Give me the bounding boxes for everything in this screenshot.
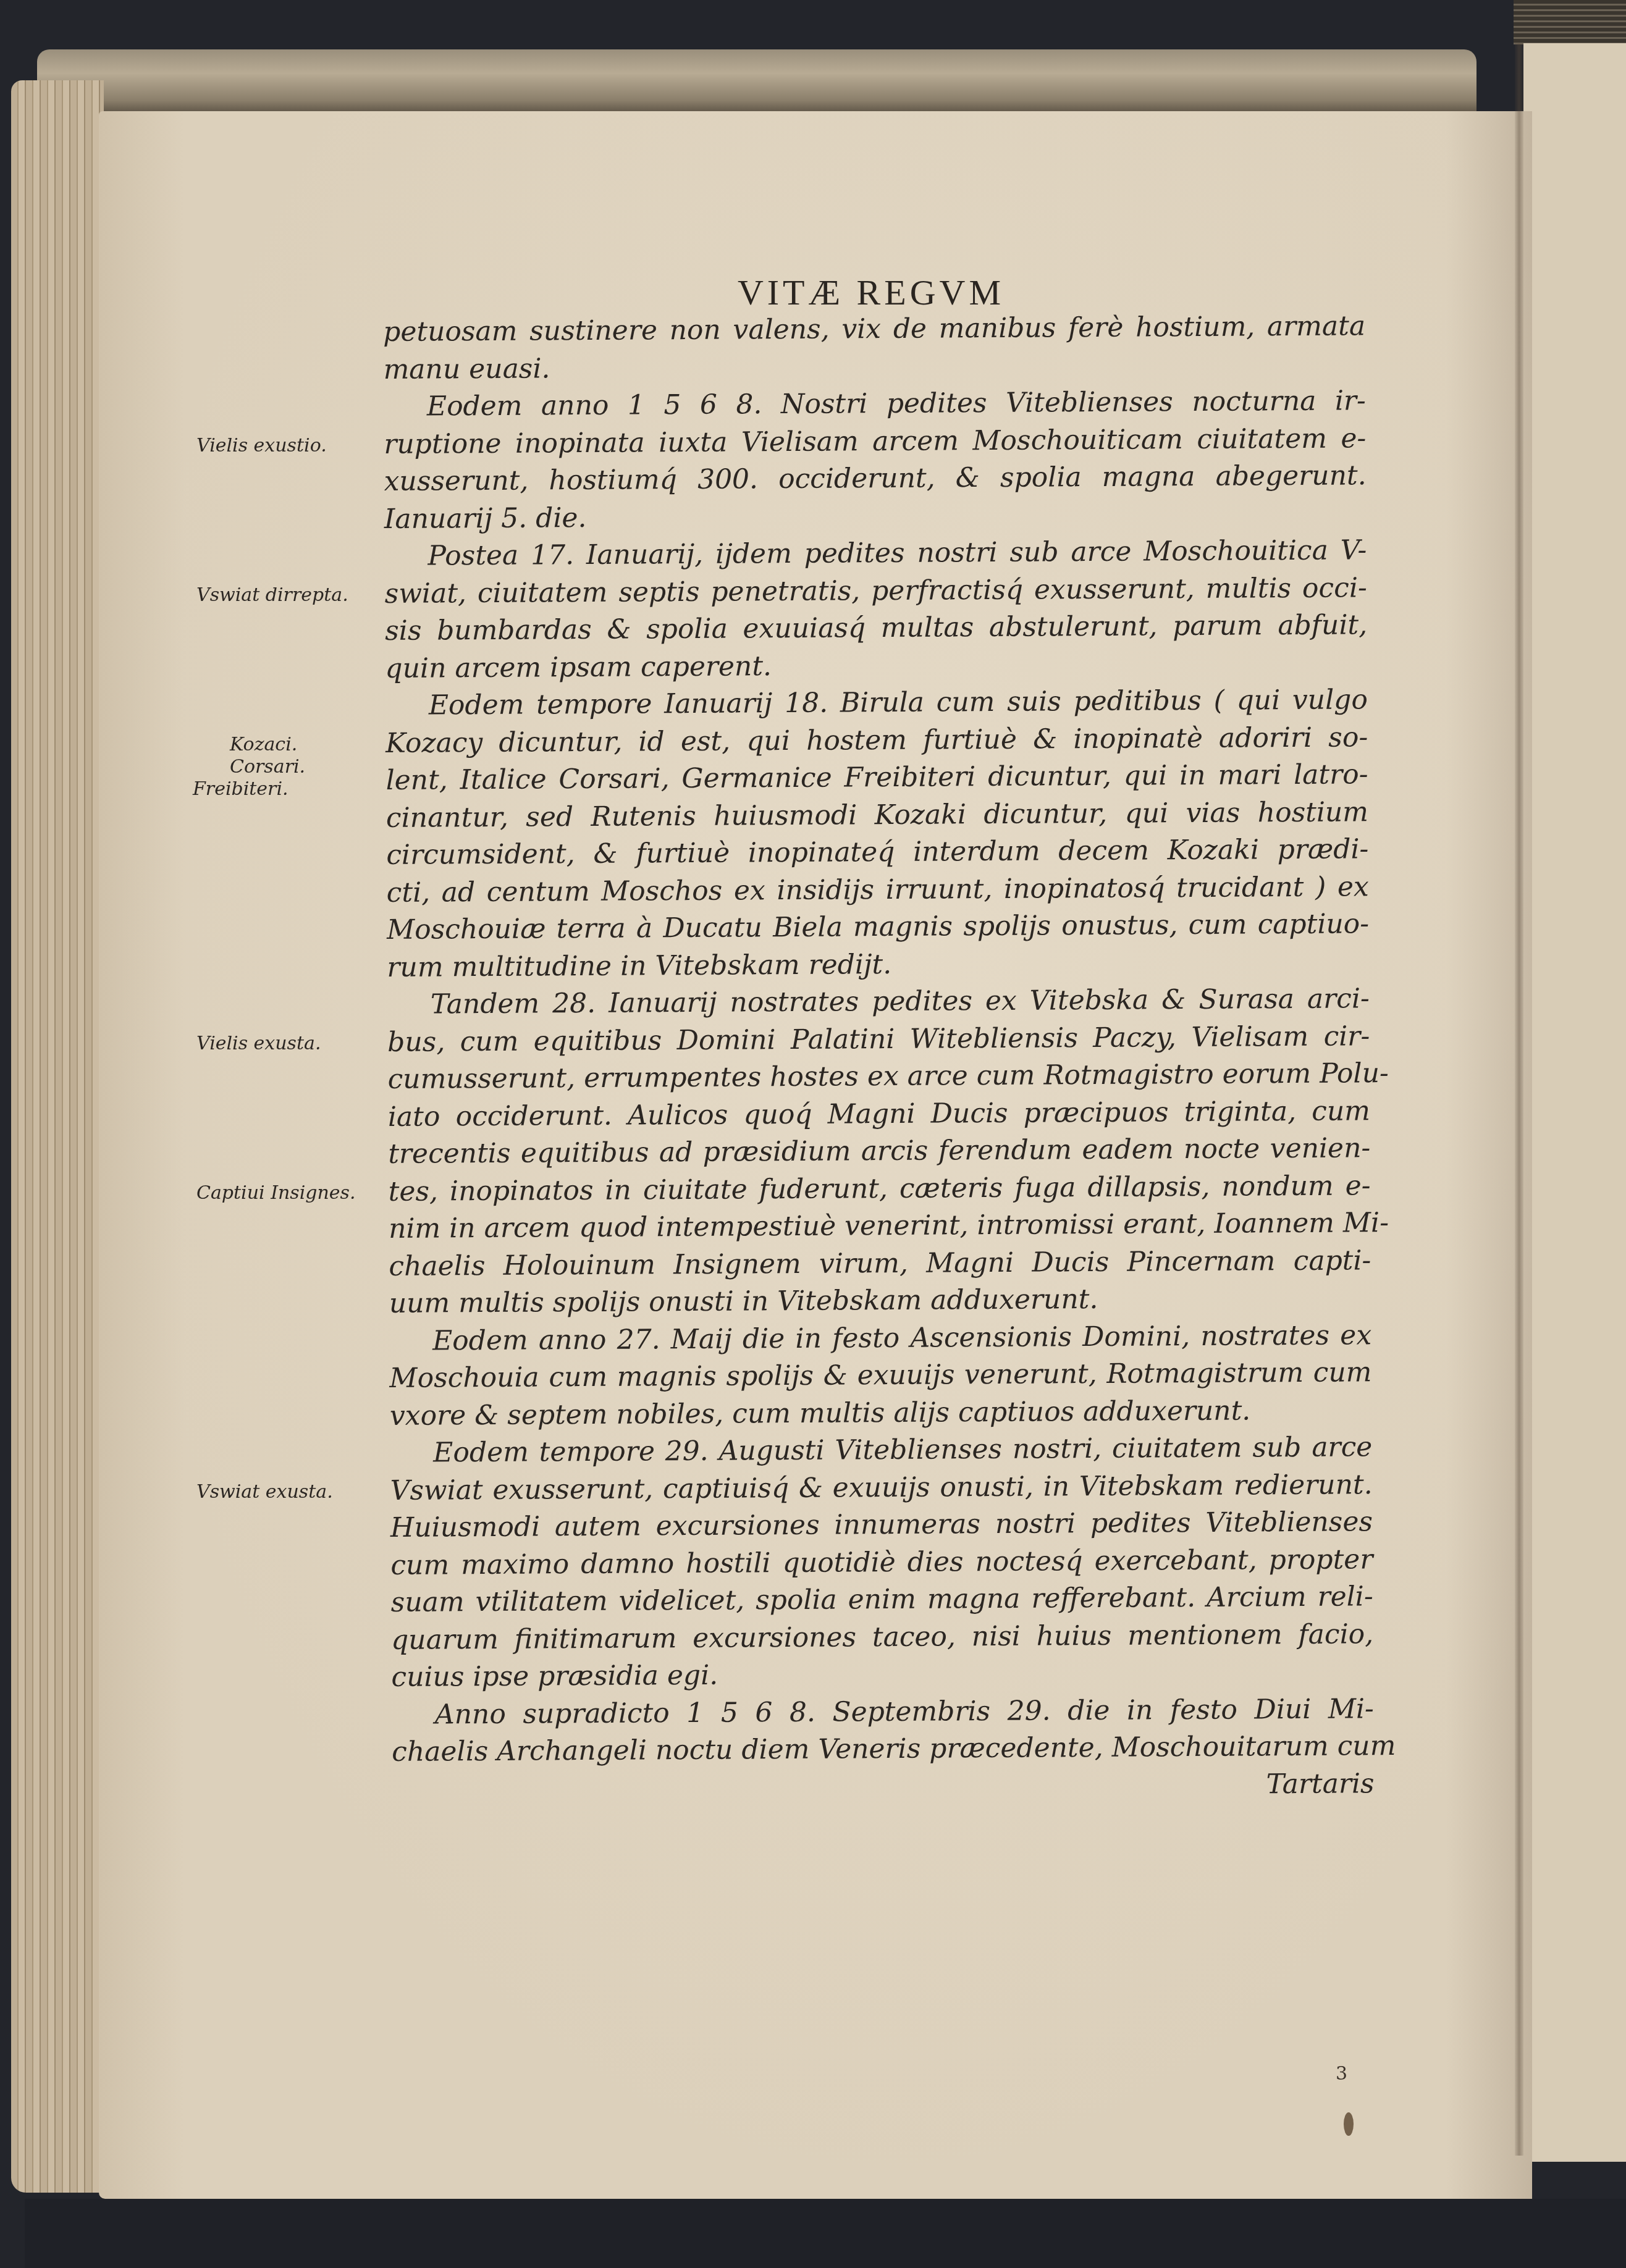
text-line: Anno supradicto 1 5 6 8. Septembris 29. …: [392, 1690, 1374, 1734]
facing-page-sliver: [1523, 43, 1626, 2162]
text-line: chaelis Holouinum Insignem virum, Magni …: [389, 1242, 1371, 1285]
text-line: Eodem tempore 29. Augusti Viteblienses n…: [390, 1429, 1372, 1472]
text-line: manu euasi.: [383, 345, 1365, 388]
marginal-note: Kozaci.: [230, 734, 297, 755]
scan-background-bottom: [25, 2199, 1626, 2268]
paper-stain: [1344, 2112, 1354, 2136]
text-line: Huiusmodi autem excursiones innumeras no…: [390, 1503, 1373, 1547]
text-line: cum maximo damno hostili quotidiè dies n…: [390, 1541, 1373, 1584]
text-line: ruptione inopinata iuxta Vielisam arcem …: [384, 420, 1366, 463]
running-head: VITÆ REGVM: [673, 272, 1069, 313]
text-line: Moschouia cum magnis spolijs & exuuijs v…: [389, 1354, 1371, 1397]
marginal-note: Freibiteri.: [193, 778, 289, 800]
text-line: cumusserunt, errumpentes hostes ex arce …: [387, 1055, 1370, 1098]
text-line: lent, Italice Corsari, Germanice Freibit…: [385, 756, 1368, 799]
text-line: Eodem anno 27. Maij die in festo Ascensi…: [389, 1317, 1371, 1360]
page-gutter: [1515, 43, 1523, 2156]
text-line: Kozacy dicuntur, id est, qui hostem furt…: [385, 719, 1368, 762]
marginal-note: Captiui Insignes.: [196, 1182, 356, 1204]
text-line: quin arcem ipsam caperent.: [385, 644, 1367, 687]
text-line: quarum finitimarum excursiones taceo, ni…: [391, 1616, 1373, 1659]
text-line: iato occiderunt. Aulicos quoq́ Magni Duc…: [388, 1093, 1370, 1136]
book-top-edge: [37, 49, 1476, 117]
signature-mark: 3: [1336, 2063, 1347, 2085]
text-line: xusserunt, hostiumq́ 300. occiderunt, & …: [384, 457, 1366, 500]
text-line: trecentis equitibus ad præsidium arcis f…: [388, 1130, 1370, 1173]
text-line: rum multitudine in Vitebskam redijt.: [387, 943, 1369, 986]
text-line: Postea 17. Ianuarij, ijdem pedites nostr…: [384, 532, 1367, 575]
text-line: Moschouiæ terra à Ducatu Biela magnis sp…: [387, 905, 1369, 949]
catchword: Tartaris: [392, 1765, 1374, 1808]
text-line: Eodem anno 1 5 6 8. Nostri pedites Viteb…: [384, 382, 1366, 426]
text-line: uum multis spolijs onusti in Vitebskam a…: [389, 1279, 1371, 1322]
text-line: suam vtilitatem videlicet, spolia enim m…: [391, 1578, 1373, 1621]
facing-page-top-edge: [1514, 0, 1626, 44]
text-line: Ianuarij 5. die.: [384, 495, 1367, 538]
text-line: cti, ad centum Moschos ex insidijs irruu…: [387, 868, 1369, 912]
text-line: petuosam sustinere non valens, vix de ma…: [383, 308, 1365, 351]
text-line: swiat, ciuitatem septis penetratis, perf…: [385, 569, 1367, 613]
marginal-note: Vielis exustio.: [196, 435, 327, 456]
marginal-note: Vswiat exusta.: [196, 1481, 333, 1503]
text-line: circumsident, & furtiuè inopinateq́ inte…: [386, 831, 1368, 874]
text-line: Vswiat exusserunt, captiuisq́ & exuuijs …: [390, 1466, 1372, 1510]
text-line: Tandem 28. Ianuarij nostrates pedites ex…: [387, 980, 1370, 1023]
stacked-page-edges: [11, 80, 104, 2193]
text-line: nim in arcem quod intempestiuè venerint,…: [389, 1204, 1371, 1248]
text-line: vxore & septem nobiles, cum multis alijs…: [390, 1392, 1372, 1435]
text-line: cuius ipse præsidia egi.: [391, 1653, 1373, 1696]
text-line: tes, inopinatos in ciuitate fuderunt, cæ…: [389, 1167, 1371, 1211]
text-line: bus, cum equitibus Domini Palatini Witeb…: [387, 1018, 1370, 1061]
marginal-note: Corsari.: [230, 756, 305, 778]
text-line: cinantur, sed Rutenis huiusmodi Kozaki d…: [386, 794, 1368, 837]
text-line: Eodem tempore Ianuarij 18. Birula cum su…: [385, 681, 1368, 724]
marginal-note: Vswiat dirrepta.: [196, 584, 348, 606]
text-line: sis bumbardas & spolia exuuiasq́ multas …: [385, 607, 1367, 650]
body-text-block: petuosam sustinere non valens, vix de ma…: [383, 308, 1375, 1808]
marginal-note: Vielis exusta.: [196, 1033, 321, 1054]
text-line: chaelis Archangeli noctu diem Veneris pr…: [392, 1728, 1374, 1771]
